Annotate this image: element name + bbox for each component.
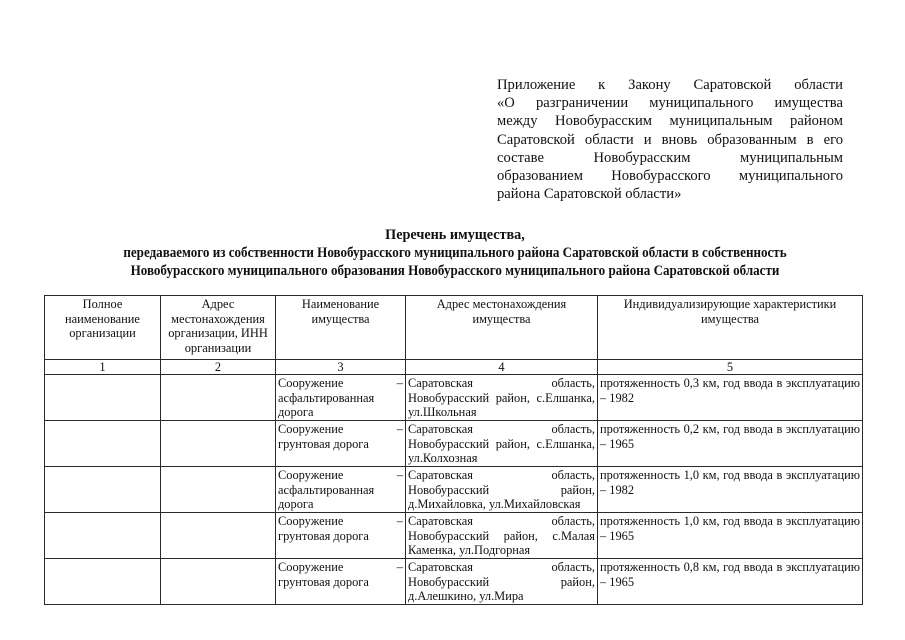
header-property-name: Наименование имущества xyxy=(276,296,406,360)
cell-org-name xyxy=(45,375,161,421)
table-row: Сооружение – грунтовая дорога Саратовска… xyxy=(45,513,863,559)
cell-property-name: Сооружение – асфальтированная дорога xyxy=(276,375,406,421)
cell-org-name xyxy=(45,513,161,559)
cell-property-name: Сооружение – грунтовая дорога xyxy=(276,421,406,467)
table-row: Сооружение – асфальтированная дорога Сар… xyxy=(45,467,863,513)
header-org-name: Полное наименование организации xyxy=(45,296,161,360)
header-org-address: Адрес местонахождения организации, ИНН о… xyxy=(161,296,276,360)
appendix-line: составе Новобурасским муниципальным xyxy=(497,149,843,167)
table-header-row: Полное наименование организации Адрес ме… xyxy=(45,296,863,360)
cell-property-address: Саратовская область, Новобурасский район… xyxy=(406,375,598,421)
cell-property-address: Саратовская область, Новобурасский район… xyxy=(406,421,598,467)
column-number: 5 xyxy=(598,360,863,375)
title-line-3: Новобурасского муниципального образовани… xyxy=(73,262,837,280)
cell-org-name xyxy=(45,467,161,513)
column-number: 1 xyxy=(45,360,161,375)
document-title: Перечень имущества, передаваемого из соб… xyxy=(40,226,870,280)
cell-property-name: Сооружение – асфальтированная дорога xyxy=(276,467,406,513)
column-number: 2 xyxy=(161,360,276,375)
appendix-line: образованием Новобурасского муниципально… xyxy=(497,167,843,185)
cell-org-address xyxy=(161,559,276,605)
cell-characteristics: протяженность 1,0 км, год ввода в эксплу… xyxy=(598,513,863,559)
cell-org-address xyxy=(161,375,276,421)
appendix-line: «О разграничении муниципального имуществ… xyxy=(497,94,843,112)
table-row: Сооружение – асфальтированная дорога Сар… xyxy=(45,375,863,421)
column-number: 3 xyxy=(276,360,406,375)
cell-characteristics: протяженность 0,8 км, год ввода в эксплу… xyxy=(598,559,863,605)
cell-characteristics: протяженность 1,0 км, год ввода в эксплу… xyxy=(598,467,863,513)
appendix-note: Приложение к Закону Саратовской области … xyxy=(497,76,843,203)
cell-org-address xyxy=(161,421,276,467)
appendix-line: района Саратовской области» xyxy=(497,185,843,203)
cell-org-address xyxy=(161,513,276,559)
cell-characteristics: протяженность 0,2 км, год ввода в эксплу… xyxy=(598,421,863,467)
column-number: 4 xyxy=(406,360,598,375)
cell-property-address: Саратовская область, Новобурасский район… xyxy=(406,513,598,559)
title-line-1: Перечень имущества, xyxy=(40,226,870,244)
cell-property-name: Сооружение – грунтовая дорога xyxy=(276,559,406,605)
table-row: Сооружение – грунтовая дорога Саратовска… xyxy=(45,421,863,467)
column-number-row: 1 2 3 4 5 xyxy=(45,360,863,375)
cell-org-name xyxy=(45,421,161,467)
appendix-line: Саратовской области и вновь образованным… xyxy=(497,131,843,149)
property-table: Полное наименование организации Адрес ме… xyxy=(44,295,863,605)
cell-property-name: Сооружение – грунтовая дорога xyxy=(276,513,406,559)
cell-property-address: Саратовская область, Новобурасский район… xyxy=(406,467,598,513)
appendix-line: между Новобурасским муниципальным районо… xyxy=(497,112,843,130)
cell-org-name xyxy=(45,559,161,605)
cell-org-address xyxy=(161,467,276,513)
header-property-address: Адрес местонахождения имущества xyxy=(406,296,598,360)
title-line-2: передаваемого из собственности Новобурас… xyxy=(73,244,837,262)
cell-characteristics: протяженность 0,3 км, год ввода в эксплу… xyxy=(598,375,863,421)
table-row: Сооружение – грунтовая дорога Саратовска… xyxy=(45,559,863,605)
appendix-line: Приложение к Закону Саратовской области xyxy=(497,76,843,94)
header-characteristics: Индивидуализирующие характеристики имуще… xyxy=(598,296,863,360)
cell-property-address: Саратовская область, Новобурасский район… xyxy=(406,559,598,605)
